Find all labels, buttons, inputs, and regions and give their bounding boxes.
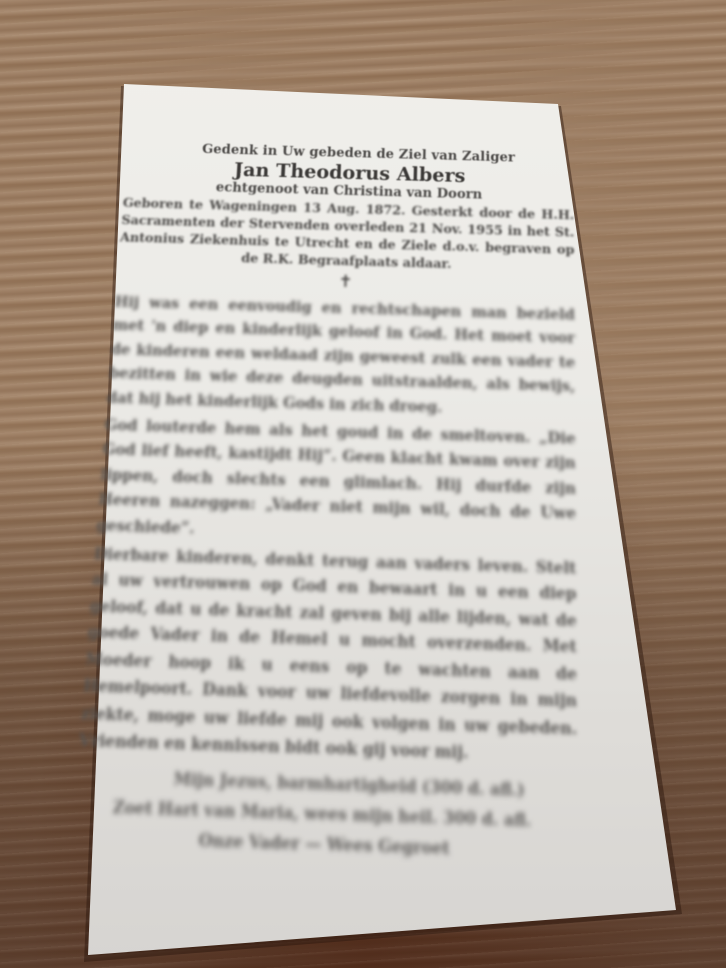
- paragraph: God louterde hem als het goud in de smel…: [95, 413, 576, 552]
- biography: Geboren te Wageningen 13 Aug. 1872. Gest…: [118, 194, 575, 276]
- paragraph: Dierbare kinderen, denkt terug aan vader…: [78, 542, 578, 770]
- memorial-card-text: Gedenk in Uw gebeden de Ziel van Zaliger…: [70, 140, 578, 869]
- prayers: Mijn Jezus, barmhartigheid (300 d. afl.)…: [70, 762, 578, 868]
- memorial-text: Hij was een eenvoudig en rechtschapen ma…: [78, 291, 578, 771]
- paragraph: Hij was een eenvoudig en rechtschapen ma…: [106, 291, 576, 424]
